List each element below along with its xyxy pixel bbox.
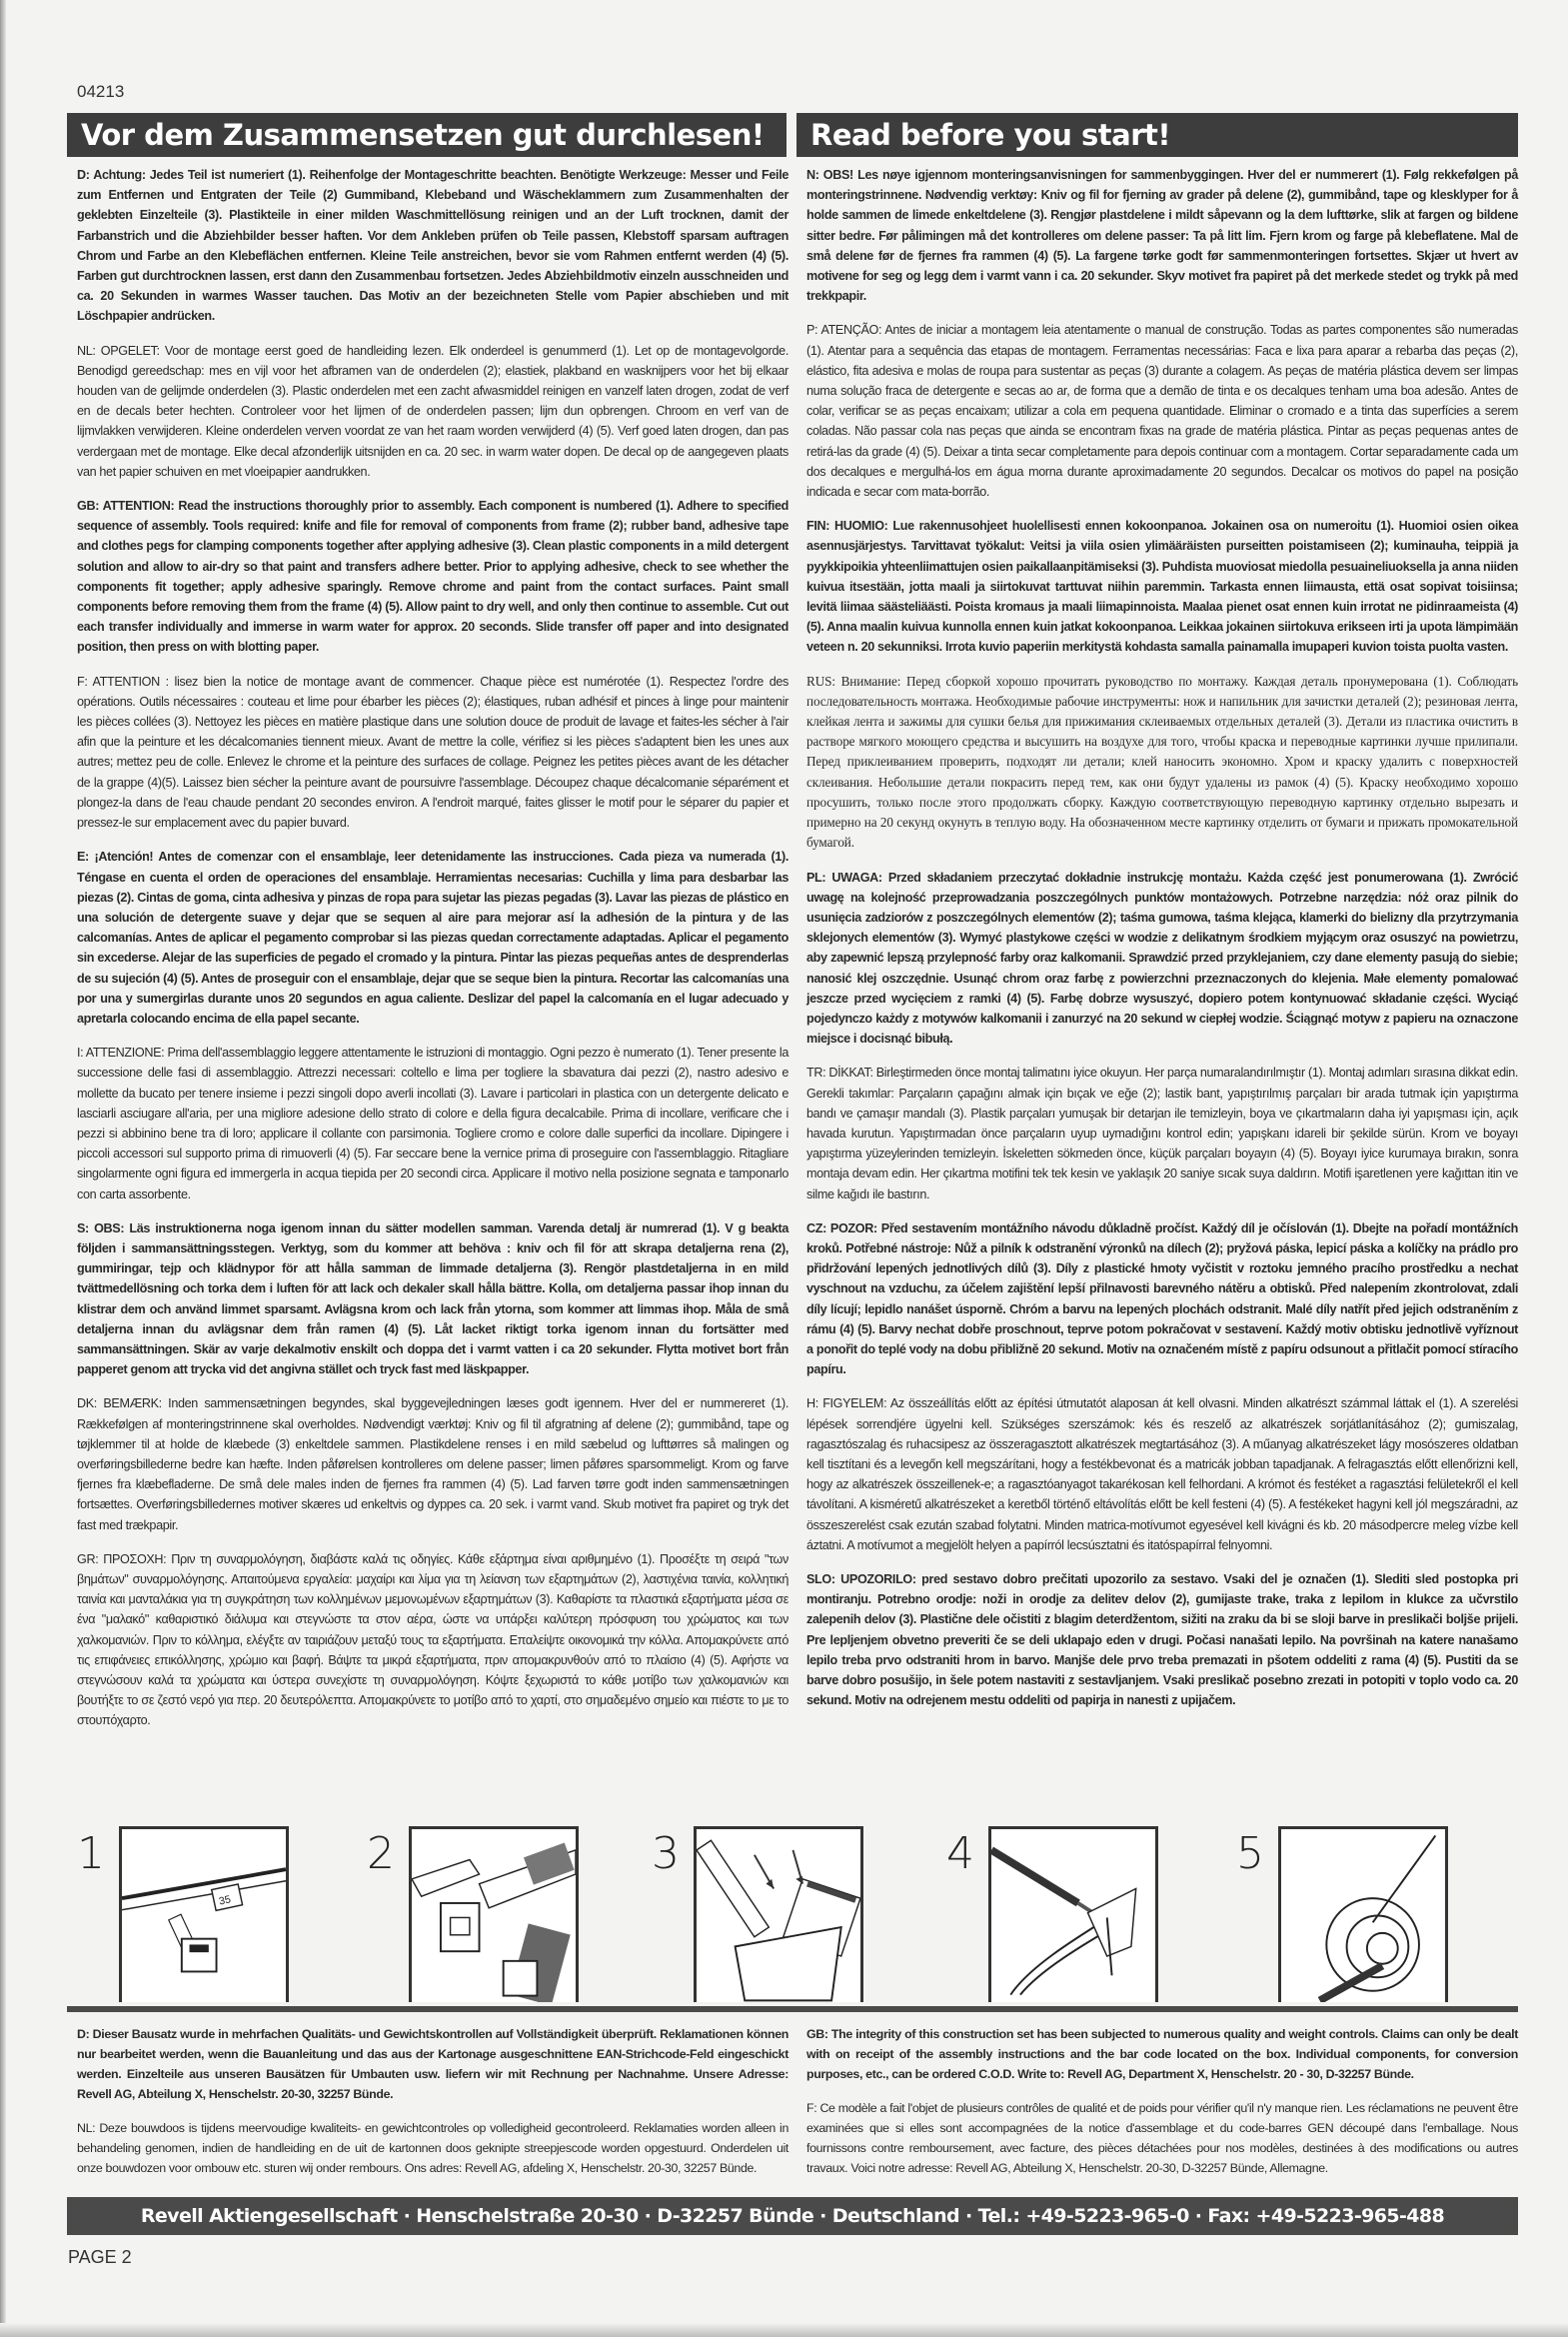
instruction-p: P: ATENÇÃO: Antes de iniciar a montagem … (806, 320, 1518, 502)
document-code: 04213 (77, 82, 124, 102)
paint-detail-icon (1281, 1829, 1445, 2002)
instruction-i: I: ATTENZIONE: Prima dell'assemblaggio l… (77, 1043, 788, 1204)
page-bottom-edge (0, 2323, 1568, 2337)
step-3: 3 (652, 1824, 871, 2004)
instruction-e: E: ¡Atención! Antes de comenzar con el e… (77, 847, 788, 1029)
step-2: 2 (367, 1824, 587, 2004)
step-1-illustration: 35 (119, 1826, 289, 2002)
instructions-right-column: N: OBS! Les nøye igjennom monteringsanvi… (806, 165, 1518, 1724)
step-4: 4 (946, 1824, 1166, 2004)
title-english: Read before you start! (810, 118, 1170, 152)
step-1: 1 35 (77, 1824, 297, 2004)
instruction-fin: FIN: HUOMIO: Lue rakennusohjeet huolelli… (806, 516, 1518, 657)
section-divider (67, 2006, 1518, 2012)
claims-note-de: D: Dieser Bausatz wurde in mehrfachen Qu… (77, 2024, 788, 2104)
instruction-slo: SLO: UPOZORILO: pred sestavo dobro preči… (806, 1569, 1518, 1710)
instruction-pl: PL: UWAGA: Przed składaniem przeczytać d… (806, 868, 1518, 1050)
instruction-h: H: FIGYELEM: Az összeállítás előtt az ép… (806, 1393, 1518, 1555)
page-edge-shadow (0, 0, 6, 2337)
instruction-f: F: ATTENTION : lisez bien la notice de m… (77, 672, 788, 834)
instruction-tr: TR: DİKKAT: Birleştirmeden önce montaj t… (806, 1063, 1518, 1203)
assembly-steps-illustrations: 1 35 2 (77, 1824, 1516, 2004)
company-address-bar: Revell Aktiengesellschaft · Henschelstra… (67, 2197, 1518, 2235)
title-banner-english: Read before you start! (796, 113, 1518, 157)
step-5: 5 (1236, 1824, 1456, 2004)
clamp-parts-icon (697, 1829, 860, 2002)
instruction-gb: GB: ATTENTION: Read the instructions tho… (77, 496, 788, 658)
title-german: Vor dem Zusammensetzen gut durchlesen! (81, 118, 765, 152)
knife-and-file-icon (412, 1829, 576, 2002)
claims-note-gb: GB: The integrity of this construction s… (806, 2024, 1518, 2084)
step-4-illustration (988, 1826, 1158, 2002)
instructions-left-column: D: Achtung: Jedes Teil ist numeriert (1)… (77, 165, 788, 1745)
page-number: PAGE 2 (68, 2247, 132, 2268)
title-banner-german: Vor dem Zusammensetzen gut durchlesen! (67, 113, 786, 157)
instruction-rus: RUS: Внимание: Перед сборкой хорошо проч… (806, 672, 1518, 854)
claims-notes-left: D: Dieser Bausatz wurde in mehrfachen Qu… (77, 2024, 788, 2192)
instruction-gr: GR: ΠΡΟΣΟΧΗ: Πριν τη συναρμολόγηση, διαβ… (77, 1549, 788, 1731)
claims-note-nl: NL: Deze bouwdoos is tijdens meervoudige… (77, 2118, 788, 2178)
step-number: 2 (367, 1828, 395, 1879)
instruction-n: N: OBS! Les nøye igjennom monteringsanvi… (806, 165, 1518, 306)
numbered-part-icon: 35 (122, 1829, 286, 2002)
step-number: 3 (652, 1828, 680, 1879)
claims-note-f: F: Ce modèle a fait l'objet de plusieurs… (806, 2098, 1518, 2178)
step-3-illustration (694, 1826, 863, 2002)
step-2-illustration (409, 1826, 579, 2002)
step-5-illustration (1278, 1826, 1448, 2002)
step-number: 5 (1236, 1828, 1264, 1879)
instruction-dk: DK: BEMÆRK: Inden sammensætningen begynd… (77, 1393, 788, 1534)
instruction-cz: CZ: POZOR: Před sestavením montážního ná… (806, 1218, 1518, 1380)
step-number: 4 (946, 1828, 974, 1879)
paintbrush-icon (991, 1829, 1155, 2002)
claims-notes-right: GB: The integrity of this construction s… (806, 2024, 1518, 2192)
instruction-s: S: OBS: Läs instruktionerna noga igenom … (77, 1218, 788, 1380)
instruction-nl: NL: OPGELET: Voor de montage eerst goed … (77, 341, 788, 482)
instruction-de: D: Achtung: Jedes Teil ist numeriert (1)… (77, 165, 788, 327)
step-number: 1 (77, 1828, 105, 1879)
